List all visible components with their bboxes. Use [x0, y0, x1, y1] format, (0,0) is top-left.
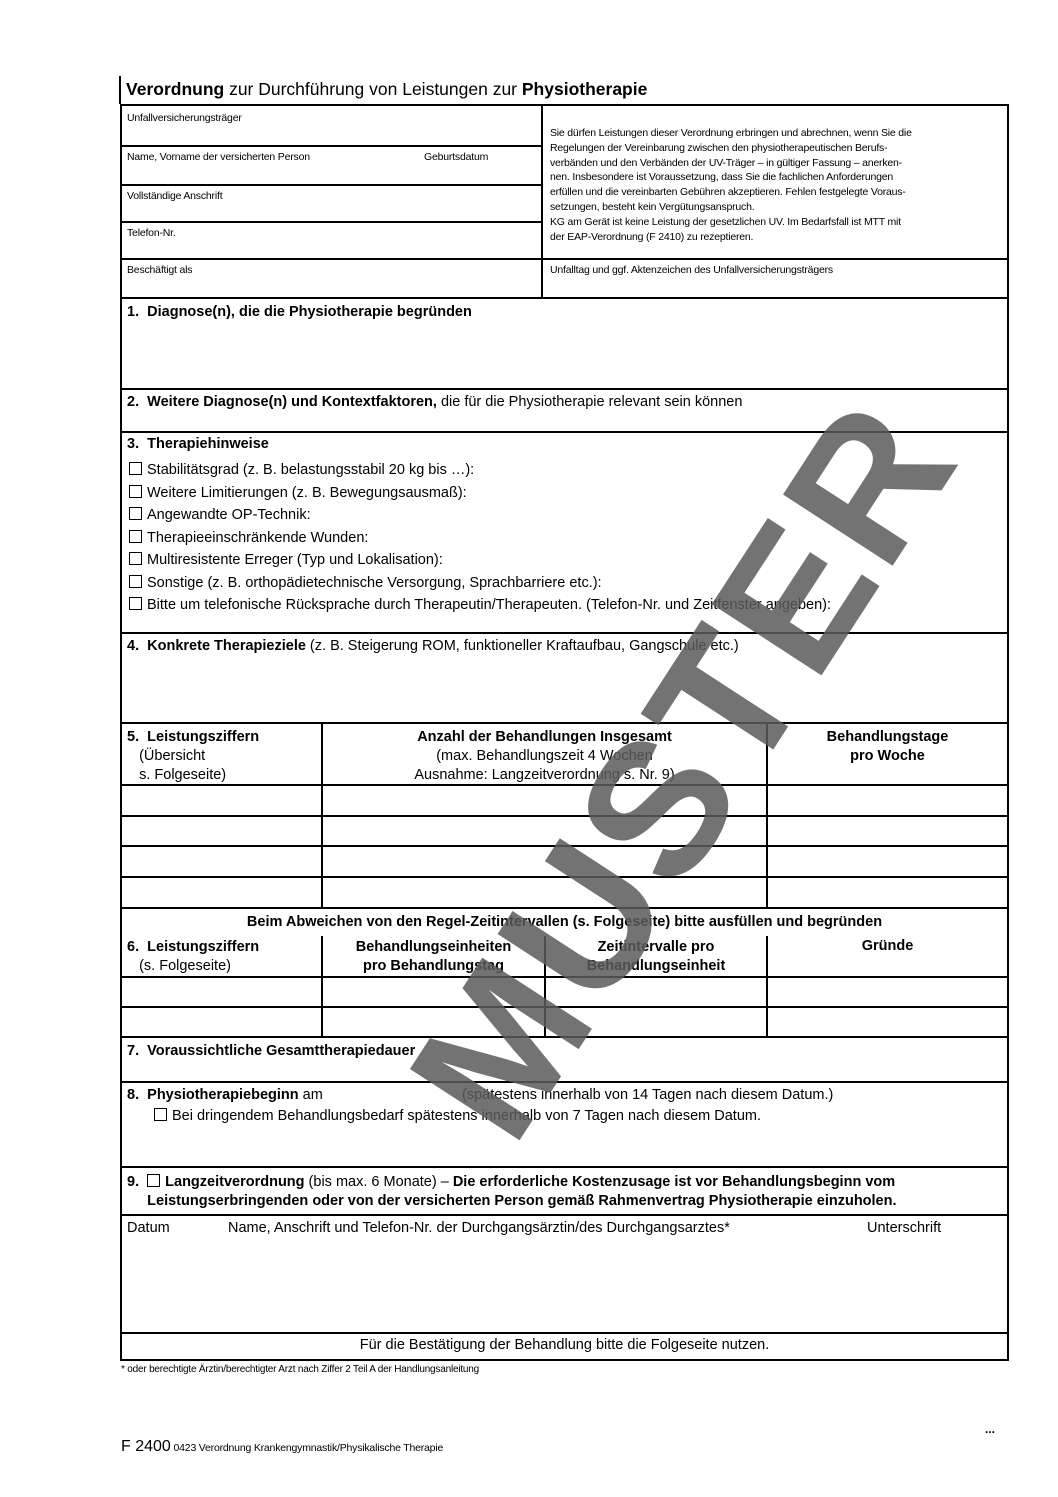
checkbox-icon[interactable]: [129, 485, 142, 498]
section-6-cell[interactable]: [126, 1013, 317, 1033]
divider: [120, 876, 1009, 878]
option-label: Therapieeinschränkende Wunden:: [147, 530, 368, 546]
section-5-cell[interactable]: [772, 823, 1003, 843]
therapy-hints-list: Stabilitätsgrad (z. B. belastungsstabil …: [129, 459, 831, 617]
signature-sign-label: Unterschrift: [867, 1220, 941, 1236]
section-6-cell[interactable]: [772, 983, 1003, 1003]
divider: [120, 1006, 1009, 1008]
divider: [120, 1166, 1009, 1168]
option-label: Angewandte OP-Technik:: [147, 507, 311, 523]
name-label: Name, Vorname der versicherten Person: [127, 151, 310, 163]
section-1-title: Diagnose(n), die die Physiotherapie begr…: [147, 304, 472, 320]
long-term-checkbox[interactable]: [147, 1174, 160, 1187]
section-number: 4.: [127, 638, 139, 654]
frame-top: [120, 104, 1009, 106]
section-8-am: am: [299, 1087, 323, 1103]
accident-date-label: Unfalltag und ggf. Aktenzeichen des Unfa…: [550, 264, 833, 276]
therapy-hint-option[interactable]: Therapieeinschränkende Wunden:: [129, 527, 831, 550]
divider: [120, 632, 1009, 634]
therapy-duration-field[interactable]: [122, 1062, 1006, 1080]
signature-doctor-label: Name, Anschrift und Telefon-Nr. der Durc…: [228, 1220, 730, 1236]
divider: [120, 184, 542, 186]
insurer-label: Unfallversicherungsträger: [127, 112, 242, 124]
notice-line: KG am Gerät ist keine Leistung der geset…: [550, 215, 912, 230]
section-8-heading: 8. Physiotherapiebeginn am: [127, 1087, 323, 1103]
option-label: Bitte um telefonische Rücksprache durch …: [147, 597, 831, 613]
divider: [120, 815, 1009, 817]
section-6-cell[interactable]: [772, 1013, 1003, 1033]
notice-line: nen. Insbesondere ist Voraussetzung, das…: [550, 170, 912, 185]
title-bold-1: Verordnung: [126, 79, 224, 99]
divider: [120, 845, 1009, 847]
further-diagnosis-field[interactable]: [122, 412, 1006, 430]
phone-field[interactable]: Telefon-Nr.: [127, 227, 176, 239]
section-6-cell[interactable]: [327, 1013, 540, 1033]
form-description: 0423 Verordnung Krankengymnastik/Physika…: [171, 1442, 443, 1454]
col-title: Behandlungstage: [827, 729, 949, 745]
checkbox-icon[interactable]: [129, 552, 142, 565]
section-3-heading: 3. Therapiehinweise: [127, 436, 269, 452]
checkbox-icon[interactable]: [129, 462, 142, 475]
employed-as-label: Beschäftigt als: [127, 264, 192, 276]
footer: F 2400 0423 Verordnung Krankengymnastik/…: [121, 1438, 443, 1456]
section-2-rest: die für die Physiotherapie relevant sein…: [437, 394, 743, 410]
header-divider: [541, 104, 543, 298]
col-title: Behandlungseinheit: [587, 958, 726, 974]
accident-date-field[interactable]: Unfalltag und ggf. Aktenzeichen des Unfa…: [550, 264, 833, 276]
section-6-col2-header: Behandlungseinheitenpro Behandlungstag: [323, 938, 544, 976]
divider: [120, 431, 1009, 433]
section-number: 5.: [127, 729, 139, 745]
footnote: * oder berechtigte Ärztin/berechtigter A…: [121, 1364, 479, 1375]
signature-date-label: Datum: [127, 1220, 170, 1236]
divider: [120, 1036, 1009, 1038]
section-8-hint: (spätestens innerhalb von 14 Tagen nach …: [462, 1087, 833, 1103]
signature-field[interactable]: [122, 1240, 1006, 1330]
section-6-cell[interactable]: [550, 1013, 762, 1033]
section-2-heading: 2. Weitere Diagnose(n) und Kontextfaktor…: [127, 394, 742, 410]
divider: [120, 976, 1009, 978]
section-6-cell[interactable]: [327, 983, 540, 1003]
section-number: 8.: [127, 1087, 139, 1103]
section-5-cell[interactable]: [327, 884, 762, 904]
col-sub: s. Folgeseite): [139, 767, 226, 783]
insurer-field[interactable]: Unfallversicherungsträger: [127, 112, 242, 124]
checkbox-icon[interactable]: [129, 507, 142, 520]
section-1-heading: 1. Diagnose(n), die die Physiotherapie b…: [127, 304, 472, 320]
section-6-col3-header: Zeitintervalle proBehandlungseinheit: [546, 938, 766, 976]
notice-line: Sie dürfen Leistungen dieser Verordnung …: [550, 126, 912, 141]
title-bar: [119, 76, 121, 104]
section-4-title: Konkrete Therapieziele: [147, 638, 306, 654]
section-5-cell[interactable]: [126, 792, 317, 812]
section-5-col2-header: Anzahl der Behandlungen Insgesamt (max. …: [323, 728, 766, 785]
col-sub: (max. Behandlungszeit 4 Wochen: [436, 748, 653, 764]
phone-label: Telefon-Nr.: [127, 227, 176, 239]
form-title: Verordnung zur Durchführung von Leistung…: [126, 79, 647, 100]
col-sub: Ausnahme: Langzeitverordnung s. Nr. 9): [414, 767, 674, 783]
diagnosis-field[interactable]: [122, 325, 1006, 387]
divider: [120, 722, 1009, 724]
checkbox-icon[interactable]: [129, 575, 142, 588]
divider: [120, 1081, 1009, 1083]
confirmation-note: Für die Bestätigung der Behandlung bitte…: [122, 1337, 1007, 1353]
section-5-col3-header: Behandlungstage pro Woche: [768, 728, 1007, 766]
frame-left: [120, 104, 122, 1361]
name-field[interactable]: Name, Vorname der versicherten Person: [127, 151, 310, 163]
notice-line: Regelungen der Vereinbarung zwischen den…: [550, 141, 912, 156]
section-5-cell[interactable]: [772, 884, 1003, 904]
section-6-banner: Beim Abweichen von den Regel-Zeitinterva…: [122, 914, 1007, 930]
continue-mark: ...: [985, 1422, 995, 1436]
birthdate-label: Geburtsdatum: [424, 151, 488, 163]
form-code: F 2400: [121, 1438, 171, 1455]
divider: [120, 388, 1009, 390]
col-title: pro Woche: [850, 748, 925, 764]
section-9-title: Langzeitverordnung: [165, 1174, 304, 1190]
col-title: Leistungsziffern: [147, 729, 259, 745]
col-title: Zeitintervalle pro: [598, 939, 715, 955]
divider: [120, 784, 1009, 786]
therapy-hint-option[interactable]: Weitere Limitierungen (z. B. Bewegungsau…: [129, 482, 831, 505]
section-6-col1-header: 6. Leistungsziffern (s. Folgeseite): [127, 938, 259, 976]
address-field[interactable]: Vollständige Anschrift: [127, 190, 222, 202]
section-6-cell[interactable]: [550, 983, 762, 1003]
section-9-bold-1: Die erforderliche Kostenzusage ist vor B…: [453, 1174, 895, 1190]
urgent-label: Bei dringendem Behandlungsbedarf spätest…: [172, 1108, 761, 1124]
section-5-cell[interactable]: [327, 853, 762, 873]
checkbox-icon[interactable]: [154, 1108, 167, 1121]
divider: [120, 907, 1009, 909]
divider: [120, 221, 542, 223]
therapy-hint-option[interactable]: Bitte um telefonische Rücksprache durch …: [129, 594, 831, 617]
option-label: Sonstige (z. B. orthopädietechnische Ver…: [147, 575, 602, 591]
section-9-bold-2: Leistungserbringenden oder von der versi…: [147, 1193, 896, 1209]
frame-right: [1007, 104, 1009, 1361]
col-title: pro Behandlungstag: [363, 958, 504, 974]
section-number: 7.: [127, 1043, 139, 1059]
section-number: 6.: [127, 939, 139, 955]
col-title: Leistungsziffern: [147, 939, 259, 955]
notice-line: setzungen, besteht kein Vergütungsanspru…: [550, 200, 912, 215]
section-5-cell[interactable]: [327, 792, 762, 812]
section-2-title: Weitere Diagnose(n) und Kontextfaktoren,: [147, 394, 437, 410]
section-4-heading: 4. Konkrete Therapieziele (z. B. Steiger…: [127, 638, 739, 654]
employed-as-field[interactable]: Beschäftigt als: [127, 264, 192, 276]
checkbox-icon[interactable]: [129, 597, 142, 610]
section-5-cell[interactable]: [772, 792, 1003, 812]
section-5-cell[interactable]: [126, 884, 317, 904]
therapy-hint-option[interactable]: Multiresistente Erreger (Typ und Lokalis…: [129, 549, 831, 572]
section-6-col4-header: Gründe: [768, 938, 1007, 954]
therapy-goals-field[interactable]: [122, 658, 1006, 720]
col-sub: (s. Folgeseite): [139, 958, 231, 974]
option-label: Weitere Limitierungen (z. B. Bewegungsau…: [147, 485, 467, 501]
notice-line: verbänden und den Verbänden der UV-Träge…: [550, 156, 912, 171]
section-6-cell[interactable]: [126, 983, 317, 1003]
legal-notice: Sie dürfen Leistungen dieser Verordnung …: [550, 126, 912, 244]
section-9-rest: (bis max. 6 Monate) –: [305, 1174, 453, 1190]
section-9-text: 9. Langzeitverordnung (bis max. 6 Monate…: [127, 1173, 897, 1211]
therapy-hint-option[interactable]: Sonstige (z. B. orthopädietechnische Ver…: [129, 572, 831, 595]
section-3-title: Therapiehinweise: [147, 436, 269, 452]
section-4-rest: (z. B. Steigerung ROM, funktioneller Kra…: [306, 638, 739, 654]
section-5-col1-header: 5. Leistungsziffern (Übersicht s. Folges…: [127, 728, 259, 785]
notice-line: erfüllen und die vereinbarten Gebühren a…: [550, 185, 912, 200]
section-8-title: Physiotherapiebeginn: [147, 1087, 298, 1103]
divider: [120, 145, 542, 147]
section-number: 1.: [127, 304, 139, 320]
section-5-cell[interactable]: [772, 853, 1003, 873]
section-number: 9.: [127, 1174, 139, 1190]
therapy-hint-option[interactable]: Angewandte OP-Technik:: [129, 504, 831, 527]
checkbox-icon[interactable]: [129, 530, 142, 543]
section-number: 2.: [127, 394, 139, 410]
therapy-start-date-field[interactable]: [350, 1084, 455, 1104]
notice-line: der EAP-Verordnung (F 2410) zu rezeptier…: [550, 230, 912, 245]
divider: [120, 1214, 1009, 1216]
col-title: Anzahl der Behandlungen Insgesamt: [417, 729, 672, 745]
divider: [120, 258, 1009, 260]
section-5-cell[interactable]: [126, 823, 317, 843]
section-7-heading: 7. Voraussichtliche Gesamttherapiedauer: [127, 1043, 415, 1059]
section-7-title: Voraussichtliche Gesamttherapiedauer: [147, 1043, 415, 1059]
title-mid: zur Durchführung von Leistungen zur: [224, 79, 522, 99]
col-title: Behandlungseinheiten: [356, 939, 512, 955]
urgent-option[interactable]: Bei dringendem Behandlungsbedarf spätest…: [154, 1108, 761, 1124]
section-5-cell[interactable]: [327, 823, 762, 843]
section-number: 3.: [127, 436, 139, 452]
divider: [120, 297, 1009, 299]
address-label: Vollständige Anschrift: [127, 190, 222, 202]
option-label: Multiresistente Erreger (Typ und Lokalis…: [147, 552, 443, 568]
title-bold-2: Physiotherapie: [522, 79, 647, 99]
col-sub: (Übersicht: [139, 748, 205, 764]
divider: [120, 1332, 1009, 1334]
section-5-cell[interactable]: [126, 853, 317, 873]
therapy-hint-option[interactable]: Stabilitätsgrad (z. B. belastungsstabil …: [129, 459, 831, 482]
birthdate-field[interactable]: Geburtsdatum: [424, 151, 488, 163]
option-label: Stabilitätsgrad (z. B. belastungsstabil …: [147, 462, 474, 478]
frame-bottom: [120, 1359, 1009, 1361]
